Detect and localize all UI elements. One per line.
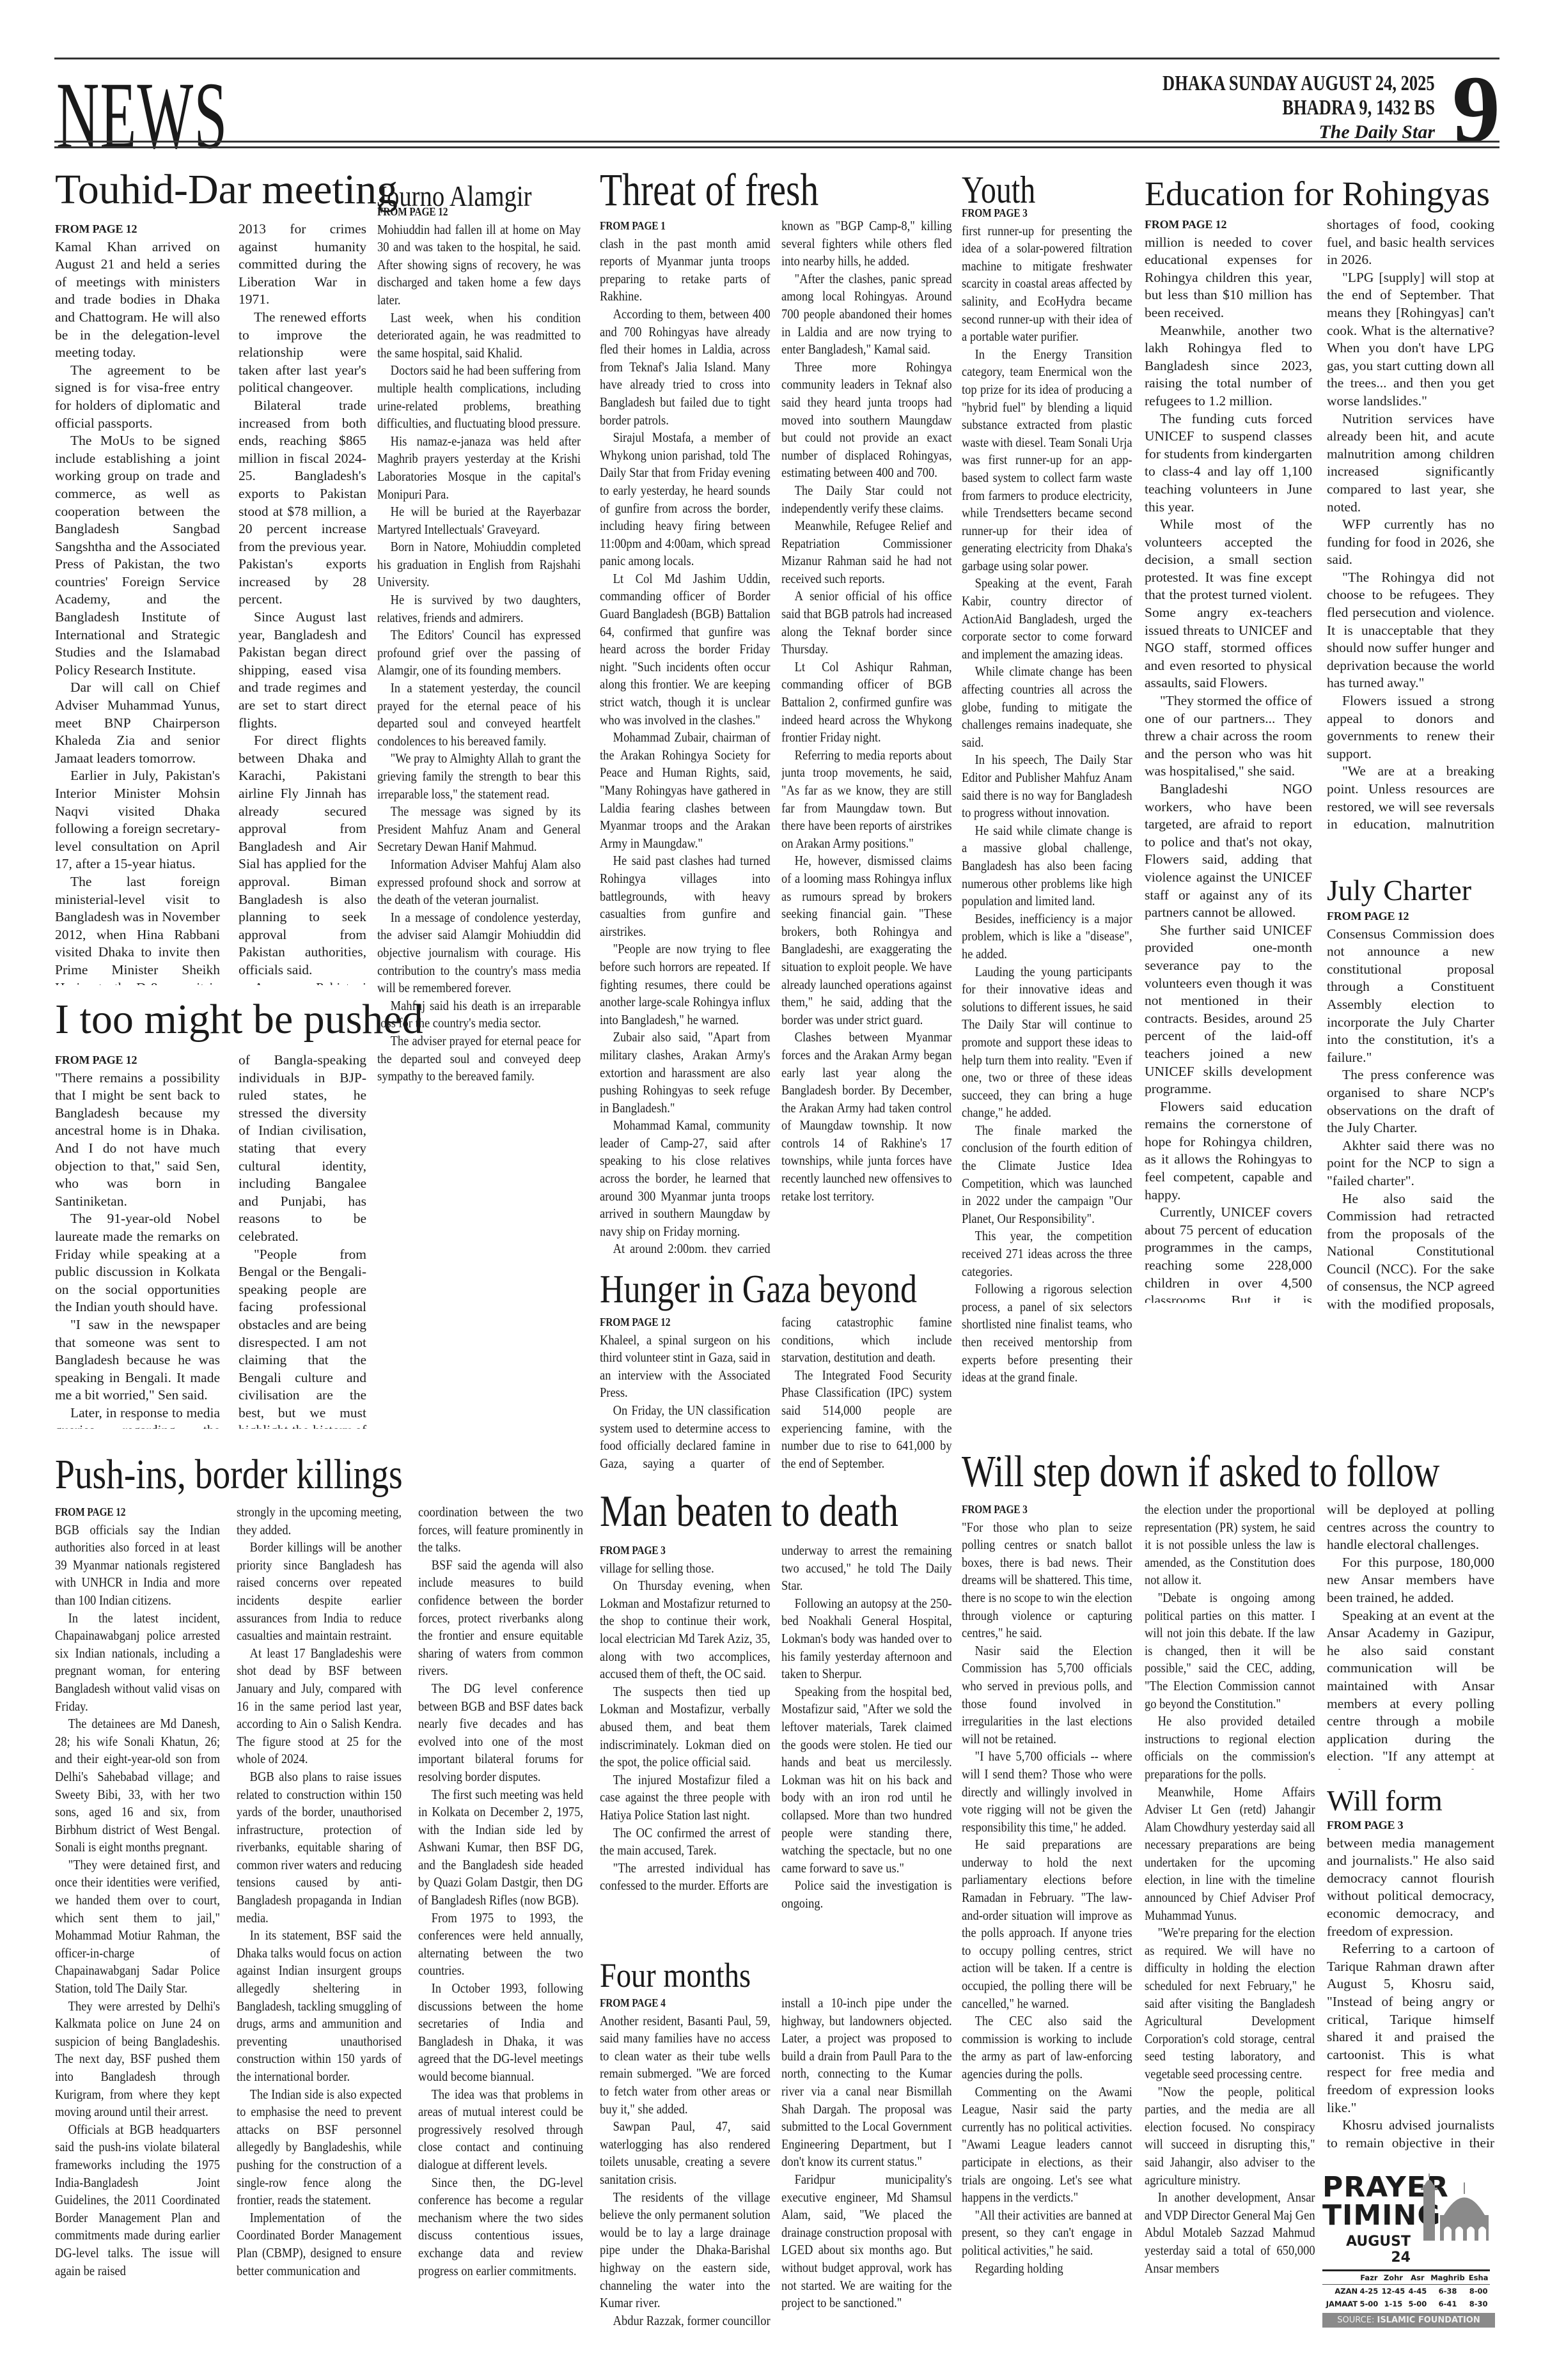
july-col: FROM PAGE 12 Consensus Commission does n… (1327, 908, 1494, 1317)
youth-col: FROM PAGE 3 first runner-up for presenti… (962, 205, 1132, 1633)
pushins-col-2: strongly in the upcoming meeting, they a… (237, 1504, 402, 2328)
pushed-col-2: of Bangla-speaking individuals in BJP-ru… (239, 1052, 366, 1429)
headline-i-too-might-be-pushed: I too might be pushed (55, 997, 423, 1042)
row-jamaat: JAMAAT 5-00 1-15 5-00 6-41 8-30 (1322, 2298, 1490, 2310)
pushed-col-1: FROM PAGE 12 "There remains a possibilit… (55, 1052, 220, 1429)
touhid-col-2: 2013 for crimes against humanity committ… (239, 221, 366, 985)
col-maghrib: Maghrib (1429, 2271, 1468, 2285)
step-down-col-1: FROM PAGE 3 "For those who plan to seize… (962, 1501, 1132, 2329)
col-zohr: Zohr (1380, 2271, 1407, 2285)
masthead-rule-1 (54, 141, 1499, 143)
bangla-date: BHADRA 9, 1432 BS (1282, 96, 1435, 120)
education-col-2: shortages of food, cooking fuel, and bas… (1327, 216, 1494, 830)
man-beaten-col-1: FROM PAGE 3 village for selling those. O… (600, 1542, 771, 1938)
publication-logo: The Daily Star (1319, 121, 1435, 143)
col-asr: Asr (1407, 2271, 1429, 2285)
row-azan: AZAN 4-25 12-45 4-45 6-38 8-00 (1322, 2285, 1490, 2298)
headline-education-rohingyas: Education for Rohingyas (1145, 171, 1490, 216)
headline-threat-of-fresh: Threat of fresh (600, 167, 818, 212)
prayer-source: SOURCE: ISLAMIC FOUNDATION (1322, 2313, 1495, 2328)
prayer-timing-box: PRAYER TIMING AUGUST 24 Fazr Zohr Asr Ma… (1322, 2174, 1495, 2328)
headline-july-charter: July Charter (1327, 868, 1471, 913)
journo-col: FROM PAGE 12 Mohiuddin had fallen ill at… (377, 203, 581, 1322)
threat-col-2: known as "BGP Camp-8," killing several f… (781, 217, 952, 1253)
threat-col-1: FROM PAGE 1 clash in the past month amid… (600, 217, 771, 1253)
hunger-col-1: FROM PAGE 12 Khaleel, a spinal surgeon o… (600, 1314, 771, 1474)
headline-man-beaten-to-death: Man beaten to death (600, 1489, 898, 1534)
headline-four-months: Four months (600, 1953, 751, 1998)
four-months-col-1: FROM PAGE 4 Another resident, Basanti Pa… (600, 1995, 771, 2330)
section-title: NEWS (56, 68, 228, 164)
headline-will-step-down: Will step down if asked to follow (962, 1450, 1439, 1495)
man-beaten-col-2: underway to arrest the remaining two acc… (781, 1542, 952, 1938)
will-form-col: FROM PAGE 3 between media management and… (1327, 1817, 1494, 2152)
masthead-top-rule (54, 58, 1499, 59)
masthead-rule-2 (54, 146, 1499, 148)
col-fazr: Fazr (1358, 2271, 1380, 2285)
dateline: DHAKA SUNDAY AUGUST 24, 2025 (1162, 72, 1435, 96)
step-down-col-3: will be deployed at polling centres acro… (1327, 1501, 1494, 1769)
headline-touhid-dar: Touhid-Dar meeting (55, 167, 398, 212)
prayer-date: AUGUST 24 (1322, 2234, 1411, 2266)
prayer-table: Fazr Zohr Asr Maghrib Esha AZAN 4-25 12-… (1322, 2269, 1490, 2310)
col-esha: Esha (1467, 2271, 1490, 2285)
headline-push-ins-border-killings: Push-ins, border killings (55, 1452, 403, 1497)
headline-hunger-in-gaza: Hunger in Gaza beyond (600, 1267, 917, 1312)
education-col-1: FROM PAGE 12 million is needed to cover … (1145, 216, 1312, 1303)
pushins-col-3: coordination between the two forces, wil… (418, 1504, 583, 2328)
four-months-col-2: install a 10-inch pipe under the highway… (781, 1995, 952, 2330)
touhid-col-1: FROM PAGE 12 Kamal Khan arrived on Augus… (55, 221, 220, 985)
pushins-col-1: FROM PAGE 12 BGB officials say the India… (55, 1504, 220, 2328)
step-down-col-2: the election under the proportional repr… (1145, 1501, 1315, 2329)
mosque-icon (1418, 2174, 1495, 2241)
hunger-col-2: facing catastrophic famine conditions, w… (781, 1314, 952, 1474)
from-page: FROM PAGE 12 (55, 221, 220, 238)
page-number: 9 (1452, 61, 1500, 157)
